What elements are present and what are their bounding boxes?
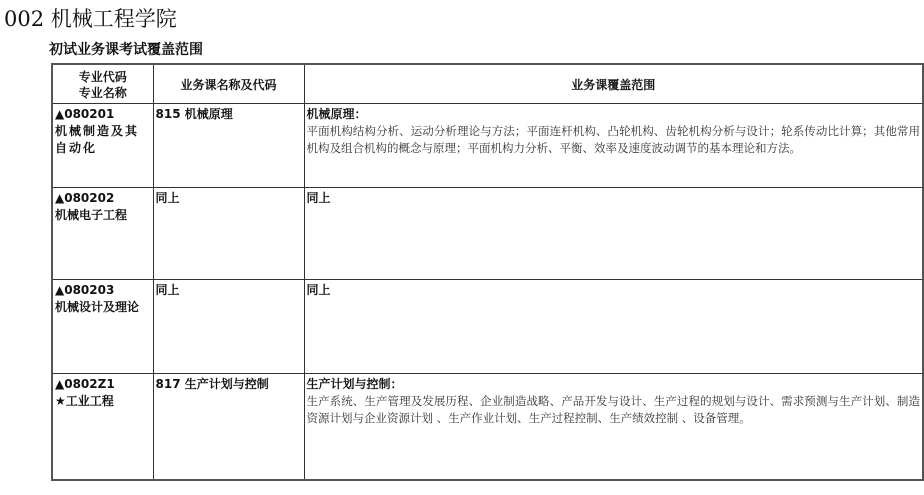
- table-header-row: 专业代码 专业名称 业务课名称及代码 业务课覆盖范围: [52, 64, 923, 103]
- major-name: 机械电子工程: [55, 207, 151, 224]
- coverage-title: 机械原理：: [307, 106, 921, 123]
- course-cell: 同上: [153, 187, 304, 279]
- course-name: 同上: [156, 282, 302, 299]
- coverage-title: 生产计划与控制：: [307, 376, 921, 393]
- course-cell: 同上: [153, 279, 304, 373]
- table-row: ▲080202 机械电子工程 同上 同上: [52, 187, 923, 279]
- major-name: ★工业工程: [55, 393, 151, 410]
- header-course: 业务课名称及代码: [153, 64, 304, 103]
- section-title: 初试业务课考试覆盖范围: [49, 41, 203, 59]
- course-name: 817 生产计划与控制: [156, 376, 302, 393]
- major-code: ▲080201: [55, 106, 151, 123]
- coverage-text: 平面机构结构分析、运动分析理论与方法；平面连杆机构、凸轮机构、齿轮机构分析与设计…: [307, 123, 921, 157]
- coverage-text: 生产系统、生产管理及发展历程、企业制造战略、产品开发与设计、生产过程的规划与设计…: [307, 393, 921, 427]
- major-code: ▲080202: [55, 190, 151, 207]
- coverage-cell: 同上: [304, 279, 923, 373]
- course-cell: 815 机械原理: [153, 103, 304, 187]
- header-major-code: 专业代码: [79, 70, 127, 84]
- coverage-cell: 机械原理： 平面机构结构分析、运动分析理论与方法；平面连杆机构、凸轮机构、齿轮机…: [304, 103, 923, 187]
- major-cell: ▲080203 机械设计及理论: [52, 279, 153, 373]
- coverage-cell: 生产计划与控制： 生产系统、生产管理及发展历程、企业制造战略、产品开发与设计、生…: [304, 373, 923, 480]
- major-cell: ▲080201 机械制造及其自动化: [52, 103, 153, 187]
- major-name: 机械设计及理论: [55, 299, 151, 316]
- major-cell: ▲080202 机械电子工程: [52, 187, 153, 279]
- coverage-table: 专业代码 专业名称 业务课名称及代码 业务课覆盖范围 ▲080201 机械制造及…: [51, 63, 924, 481]
- header-major-code-name: 专业代码 专业名称: [52, 64, 153, 103]
- major-code: ▲0802Z1: [55, 376, 151, 393]
- header-major-name: 专业名称: [79, 86, 127, 100]
- course-name: 同上: [156, 190, 302, 207]
- coverage-title: 同上: [307, 190, 921, 207]
- table-row: ▲080203 机械设计及理论 同上 同上: [52, 279, 923, 373]
- table-row: ▲080201 机械制造及其自动化 815 机械原理 机械原理： 平面机构结构分…: [52, 103, 923, 187]
- major-name: 机械制造及其自动化: [55, 123, 151, 157]
- header-coverage: 业务课覆盖范围: [304, 64, 923, 103]
- course-cell: 817 生产计划与控制: [153, 373, 304, 480]
- major-cell: ▲0802Z1 ★工业工程: [52, 373, 153, 480]
- coverage-cell: 同上: [304, 187, 923, 279]
- major-code: ▲080203: [55, 282, 151, 299]
- table-row: ▲0802Z1 ★工业工程 817 生产计划与控制 生产计划与控制： 生产系统、…: [52, 373, 923, 480]
- page-title: 002 机械工程学院: [4, 6, 177, 32]
- coverage-title: 同上: [307, 282, 921, 299]
- course-name: 815 机械原理: [156, 106, 302, 123]
